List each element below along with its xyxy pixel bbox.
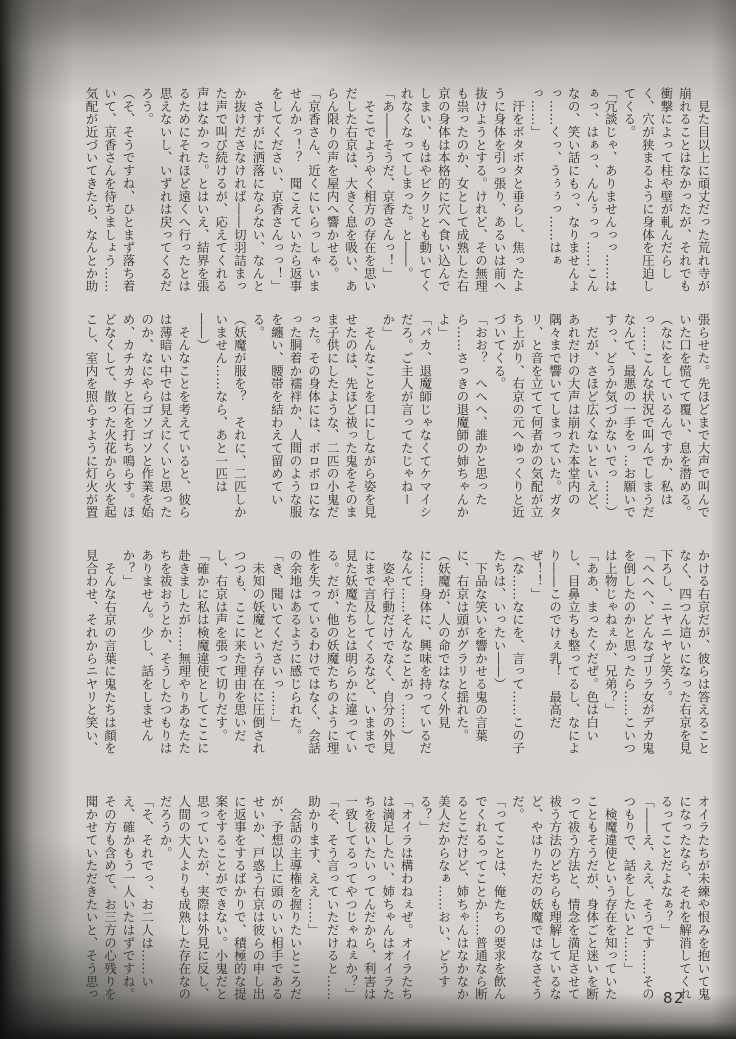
page-number: 82 (663, 989, 685, 1007)
scanned-book-page: 見た目以上に頑丈だった荒れ寺が崩れることはなかったが、それでも衝撃によって柱や壁… (0, 0, 736, 1039)
text-band-1: 見た目以上に頑丈だった荒れ寺が崩れることはなかったが、それでも衝撃によって柱や壁… (80, 87, 712, 295)
text-band-3: かける右京だが、彼らは答えることなく、四つん這いになった右京を見下ろし、ニヤニヤ… (80, 549, 712, 757)
text-band-2: 張らせた。先ほどまで大声で叫んでいた口を慌てて覆い、息を潜める。 （なにをしてい… (80, 313, 712, 519)
text-band-4: オイラたちが未練や恨みを抱いて鬼になったなら、それを解消してくれるってことだよな… (80, 795, 712, 1006)
